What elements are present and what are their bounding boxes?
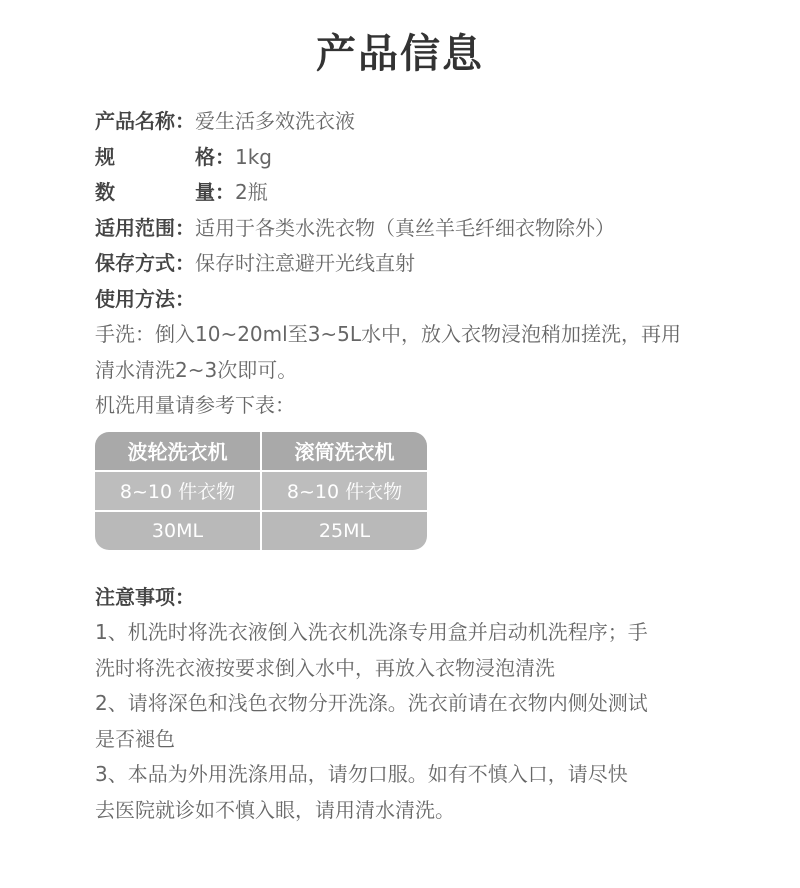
product-info: 产品名称：爱生活多效洗衣液 规格：1kg 数量：2瓶 适用范围：适用于各类水洗衣… [95,104,715,828]
spec-value: 2瓶 [235,180,268,204]
spec-label-part: 规 [95,140,195,176]
spec-value: 适用于各类水洗衣物（真丝羊毛纤细衣物除外） [195,216,615,240]
spec-storage: 保存方式：保存时注意避开光线直射 [95,246,715,282]
table-header-cell: 波轮洗衣机 [95,432,260,470]
table-row: 30ML 25ML [95,512,427,550]
spec-size: 规格：1kg [95,140,715,176]
spec-label-part: 量： [195,180,235,204]
spec-label: 产品名称： [95,109,195,133]
spec-label-part: 格： [195,145,235,169]
spec-product-name: 产品名称：爱生活多效洗衣液 [95,104,715,140]
note-line: 1、机洗时将洗衣液倒入洗衣机洗涤专用盒并启动机洗程序；手 [95,615,715,651]
spec-label: 适用范围： [95,216,195,240]
table-cell: 8~10 件衣物 [262,472,427,510]
table-row: 8~10 件衣物 8~10 件衣物 [95,472,427,510]
notes-heading: 注意事项： [95,580,715,616]
note-line: 去医院就诊如不慎入眼，请用清水清洗。 [95,793,715,829]
usage-label: 使用方法： [95,287,195,311]
notes-section: 注意事项： 1、机洗时将洗衣液倒入洗衣机洗涤专用盒并启动机洗程序；手 洗时将洗衣… [95,580,715,829]
note-line: 2、请将深色和浅色衣物分开洗涤。洗衣前请在衣物内侧处测试 [95,686,715,722]
table-header-row: 波轮洗衣机 滚筒洗衣机 [95,432,427,470]
note-line: 是否褪色 [95,722,715,758]
note-line: 3、本品为外用洗涤用品，请勿口服。如有不慎入口，请尽快 [95,757,715,793]
hand-wash-line: 手洗：倒入10~20ml至3~5L水中，放入衣物浸泡稍加搓洗，再用 [95,317,715,353]
table-cell: 8~10 件衣物 [95,472,260,510]
usage-heading: 使用方法： [95,282,715,318]
spec-value: 爱生活多效洗衣液 [195,109,355,133]
hand-wash-line: 清水清洗2~3次即可。 [95,353,715,389]
spec-label: 保存方式： [95,251,195,275]
spec-quantity: 数量：2瓶 [95,175,715,211]
note-line: 洗时将洗衣液按要求倒入水中，再放入衣物浸泡清洗 [95,651,715,687]
notes-label: 注意事项： [95,585,195,609]
machine-wash-intro: 机洗用量请参考下表： [95,388,715,424]
spec-scope: 适用范围：适用于各类水洗衣物（真丝羊毛纤细衣物除外） [95,211,715,247]
spec-value: 1kg [235,145,272,169]
dosage-table: 波轮洗衣机 滚筒洗衣机 8~10 件衣物 8~10 件衣物 30ML 25ML [95,432,427,550]
table-cell: 30ML [95,512,260,550]
table-cell: 25ML [262,512,427,550]
spec-value: 保存时注意避开光线直射 [195,251,415,275]
page-title: 产品信息 [0,22,800,79]
spec-label-part: 数 [95,175,195,211]
table-header-cell: 滚筒洗衣机 [262,432,427,470]
